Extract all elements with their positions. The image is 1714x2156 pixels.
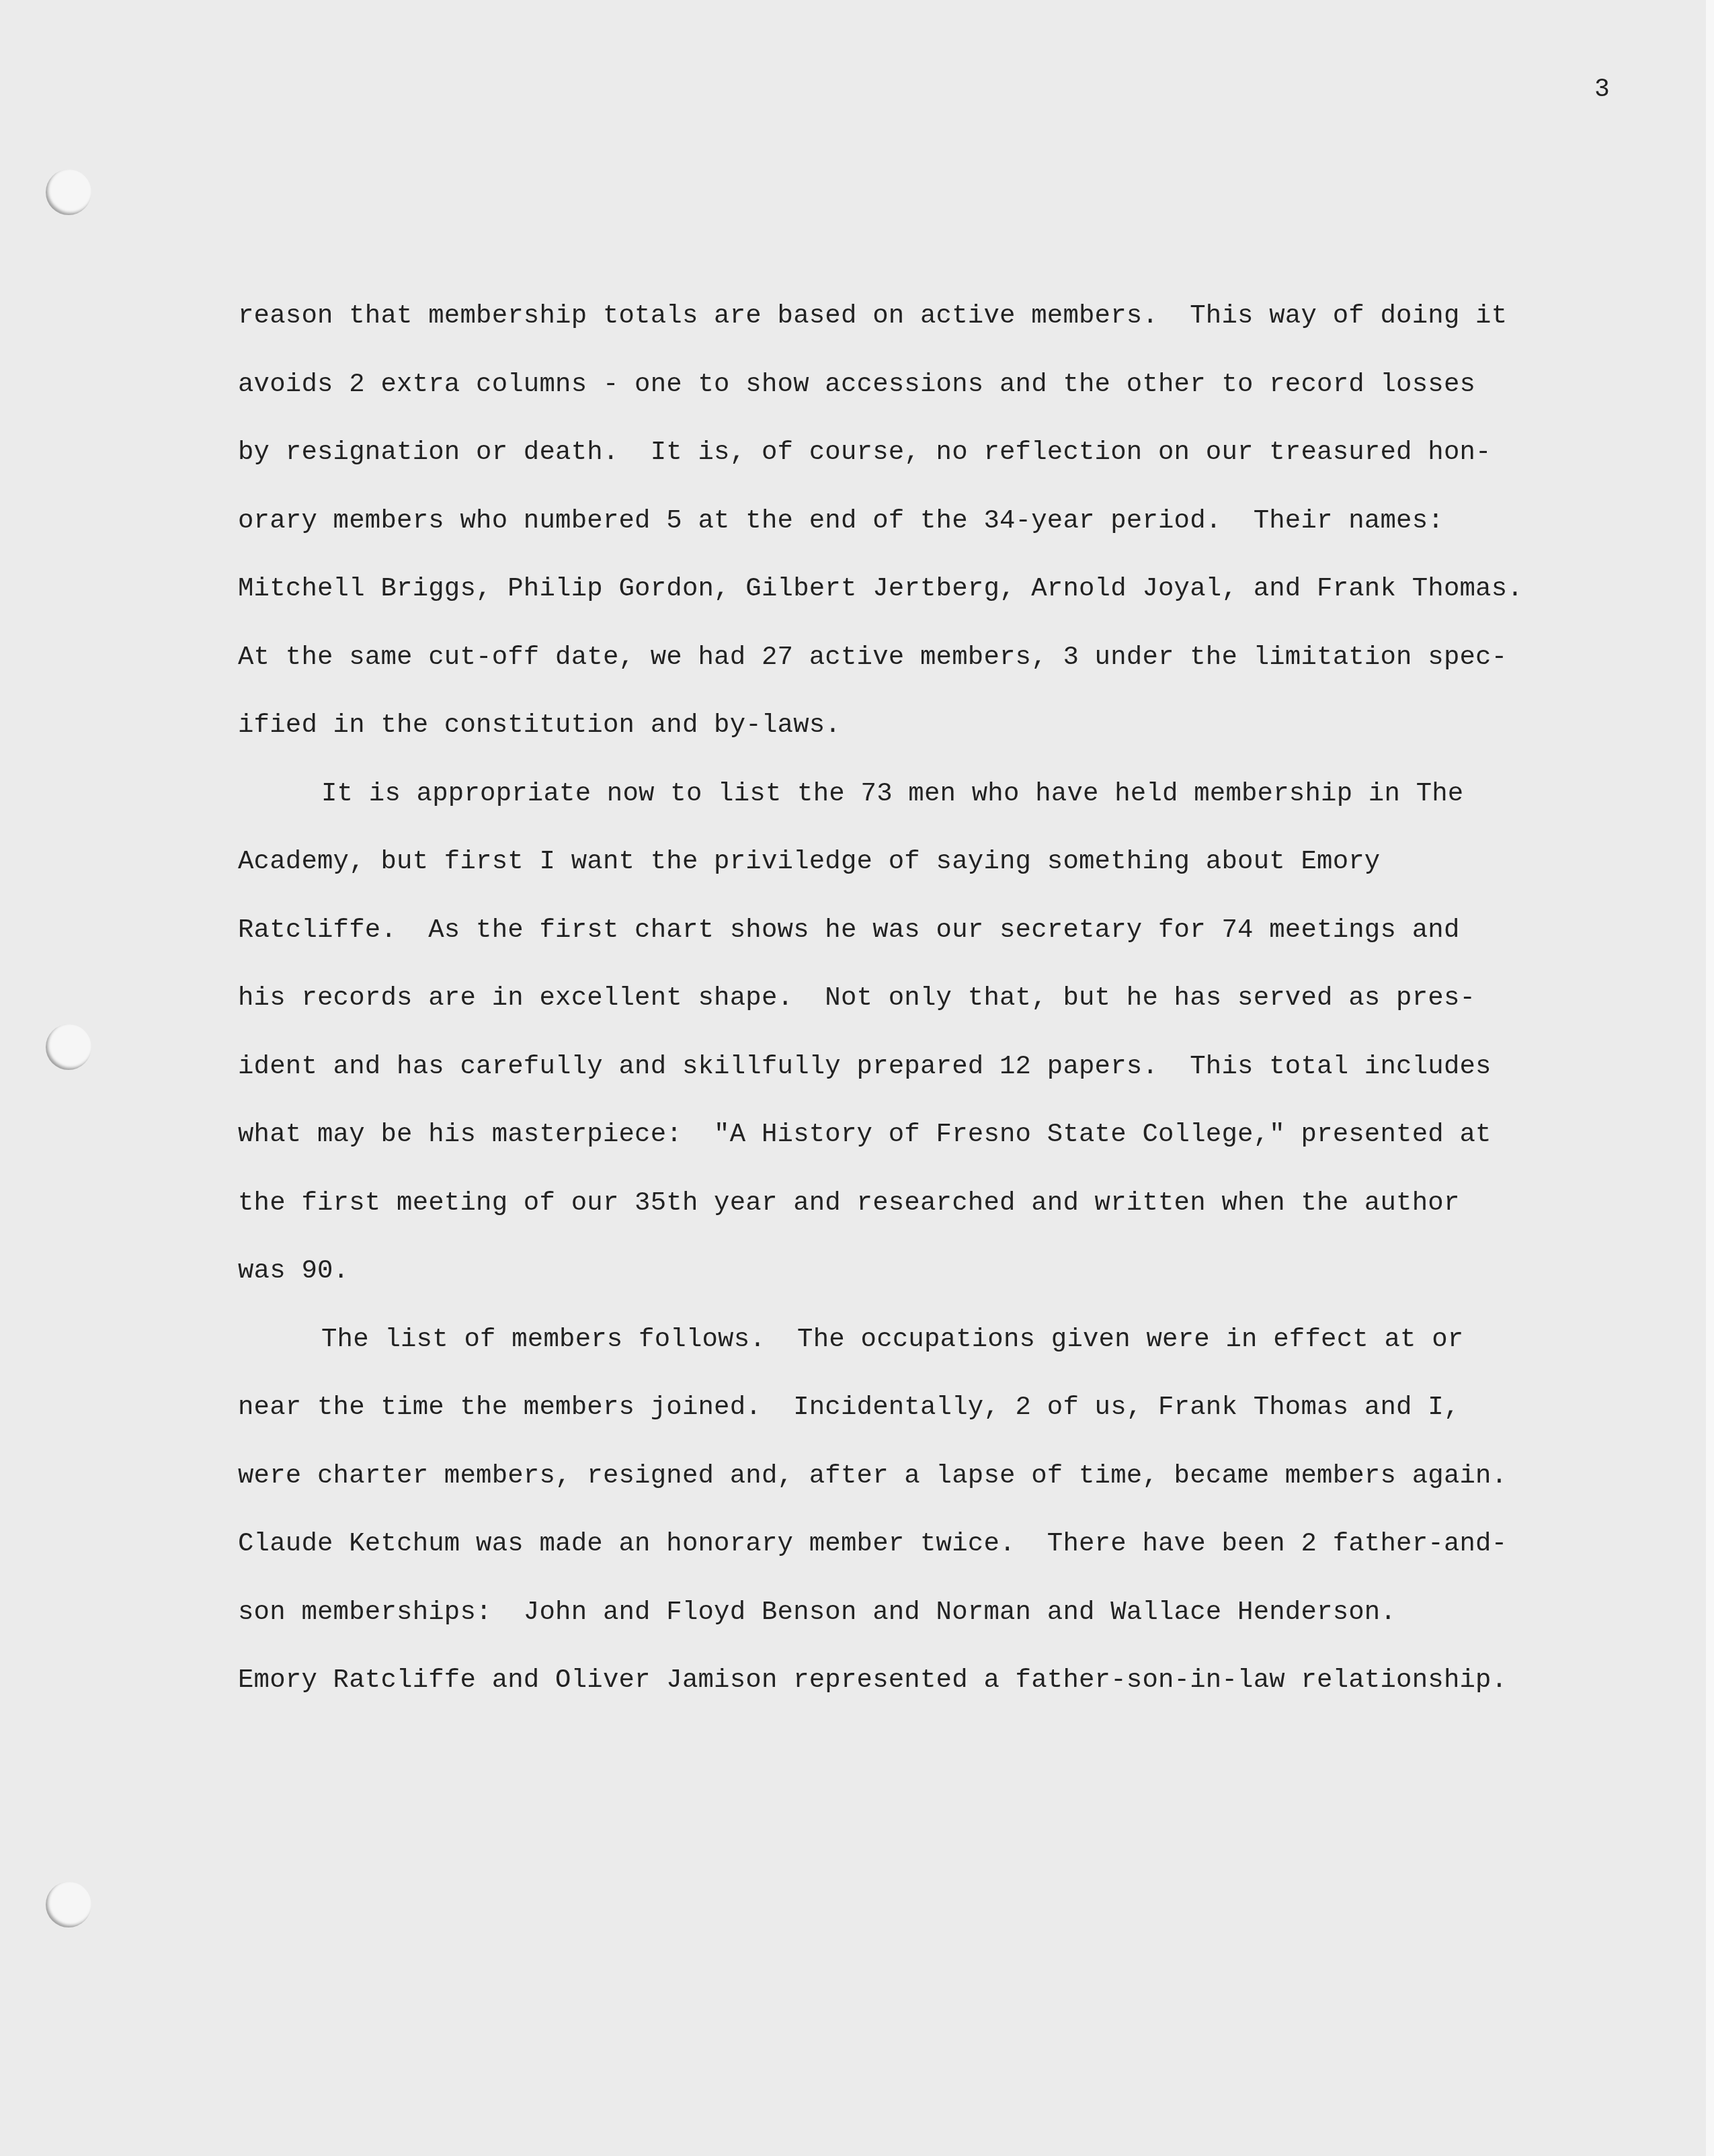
text-line: orary members who numbered 5 at the end … — [238, 501, 1623, 569]
text-line: avoids 2 extra columns - one to show acc… — [238, 364, 1623, 433]
text-line: It is appropriate now to list the 73 men… — [238, 774, 1623, 842]
text-line: the first meeting of our 35th year and r… — [238, 1183, 1623, 1251]
text-line: ident and has carefully and skillfully p… — [238, 1046, 1623, 1115]
paragraph-1: reason that membership totals are based … — [238, 296, 1623, 774]
text-line: by resignation or death. It is, of cours… — [238, 432, 1623, 501]
text-line: son memberships: John and Floyd Benson a… — [238, 1592, 1623, 1661]
text-line: Emory Ratcliffe and Oliver Jamison repre… — [238, 1660, 1623, 1729]
paragraph-2: It is appropriate now to list the 73 men… — [238, 774, 1623, 1319]
text-line: his records are in excellent shape. Not … — [238, 978, 1623, 1046]
text-line: near the time the members joined. Incide… — [238, 1387, 1623, 1456]
paragraph-3: The list of members follows. The occupat… — [238, 1319, 1623, 1729]
text-line: reason that membership totals are based … — [238, 296, 1623, 364]
text-line: were charter members, resigned and, afte… — [238, 1456, 1623, 1524]
text-line: Claude Ketchum was made an honorary memb… — [238, 1524, 1623, 1592]
binder-hole-middle — [46, 1024, 91, 1070]
text-line: The list of members follows. The occupat… — [238, 1319, 1623, 1388]
document-page: 3 reason that membership totals are base… — [0, 0, 1714, 2156]
binder-hole-top — [46, 169, 91, 215]
text-line: Ratcliffe. As the first chart shows he w… — [238, 910, 1623, 979]
page-number: 3 — [1594, 75, 1610, 104]
page-edge — [1706, 0, 1714, 2156]
body-text: reason that membership totals are based … — [238, 296, 1623, 1729]
text-line: was 90. — [238, 1251, 1623, 1319]
binder-hole-bottom — [46, 1882, 91, 1927]
text-line: what may be his masterpiece: "A History … — [238, 1114, 1623, 1183]
text-line: At the same cut-off date, we had 27 acti… — [238, 637, 1623, 706]
text-line: Academy, but first I want the priviledge… — [238, 841, 1623, 910]
text-line: ified in the constitution and by-laws. — [238, 705, 1623, 774]
text-line: Mitchell Briggs, Philip Gordon, Gilbert … — [238, 569, 1623, 637]
